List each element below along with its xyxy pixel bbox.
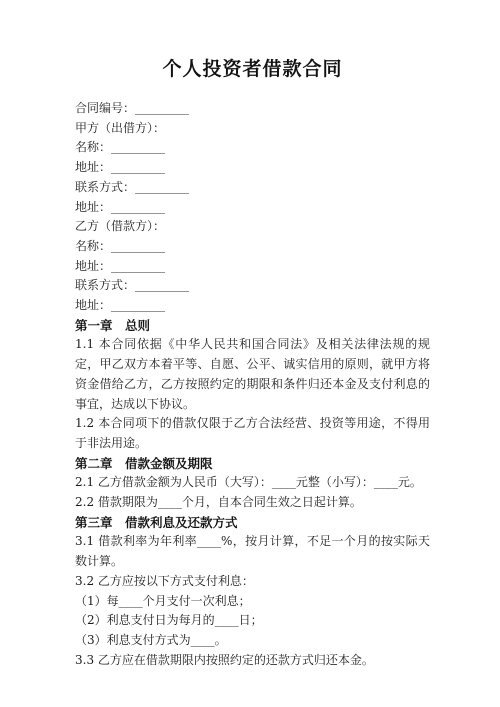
party-a-contact-line: 联系方式：_________ bbox=[75, 178, 430, 198]
party-b-address-line: 地址：_________ bbox=[75, 257, 430, 277]
clause-3-1: 3.1 借款利率为年利率____%，按月计算，不足一个月的按实际天数计算。 bbox=[75, 532, 430, 571]
clause-1-2: 1.2 本合同项下的借款仅限于乙方合法经营、投资等用途，不得用于非法用途。 bbox=[75, 414, 430, 453]
clause-2-1: 2.1 乙方借款金额为人民币（大写）：____元整（小写）：____元。 bbox=[75, 473, 430, 493]
document-page: 个人投资者借款合同 合同编号：_________ 甲方（出借方）： 名称：___… bbox=[0, 0, 500, 707]
contract-number-line: 合同编号：_________ bbox=[75, 99, 430, 119]
clause-3-3: 3.3 乙方应在借款期限内按照约定的还款方式归还本金。 bbox=[75, 651, 430, 671]
page-title: 个人投资者借款合同 bbox=[75, 56, 430, 83]
chapter-2-heading: 第二章 借款金额及期限 bbox=[75, 454, 430, 474]
party-a-name-line: 名称：_________ bbox=[75, 138, 430, 158]
chapter-3-section: 第三章 借款利息及还款方式 3.1 借款利率为年利率____%，按月计算，不足一… bbox=[75, 513, 430, 671]
party-b-heading: 乙方（借款方）： bbox=[75, 217, 430, 237]
chapter-2-section: 第二章 借款金额及期限 2.1 乙方借款金额为人民币（大写）：____元整（小写… bbox=[75, 454, 430, 513]
chapter-1-heading: 第一章 总则 bbox=[75, 316, 430, 336]
clause-2-2: 2.2 借款期限为____个月，自本合同生效之日起计算。 bbox=[75, 493, 430, 513]
clause-3-2: 3.2 乙方应按以下方式支付利息： bbox=[75, 572, 430, 592]
contract-header-block: 合同编号：_________ 甲方（出借方）： 名称：_________ 地址：… bbox=[75, 99, 430, 316]
chapter-1-section: 第一章 总则 1.1 本合同依据《中华人民共和国合同法》及相关法律法规的规定，甲… bbox=[75, 316, 430, 454]
party-b-address2-line: 地址：_________ bbox=[75, 296, 430, 316]
party-b-name-line: 名称：_________ bbox=[75, 237, 430, 257]
chapter-3-heading: 第三章 借款利息及还款方式 bbox=[75, 513, 430, 533]
clause-3-2-item-1: （1）每____个月支付一次利息； bbox=[75, 592, 430, 612]
party-a-heading: 甲方（出借方）： bbox=[75, 119, 430, 139]
party-a-address2-line: 地址：_________ bbox=[75, 198, 430, 218]
party-a-address-line: 地址：_________ bbox=[75, 158, 430, 178]
party-b-contact-line: 联系方式：_________ bbox=[75, 276, 430, 296]
clause-1-1: 1.1 本合同依据《中华人民共和国合同法》及相关法律法规的规定，甲乙双方本着平等… bbox=[75, 335, 430, 414]
clause-3-2-item-2: （2）利息支付日为每月的____日； bbox=[75, 611, 430, 631]
clause-3-2-item-3: （3）利息支付方式为____。 bbox=[75, 631, 430, 651]
